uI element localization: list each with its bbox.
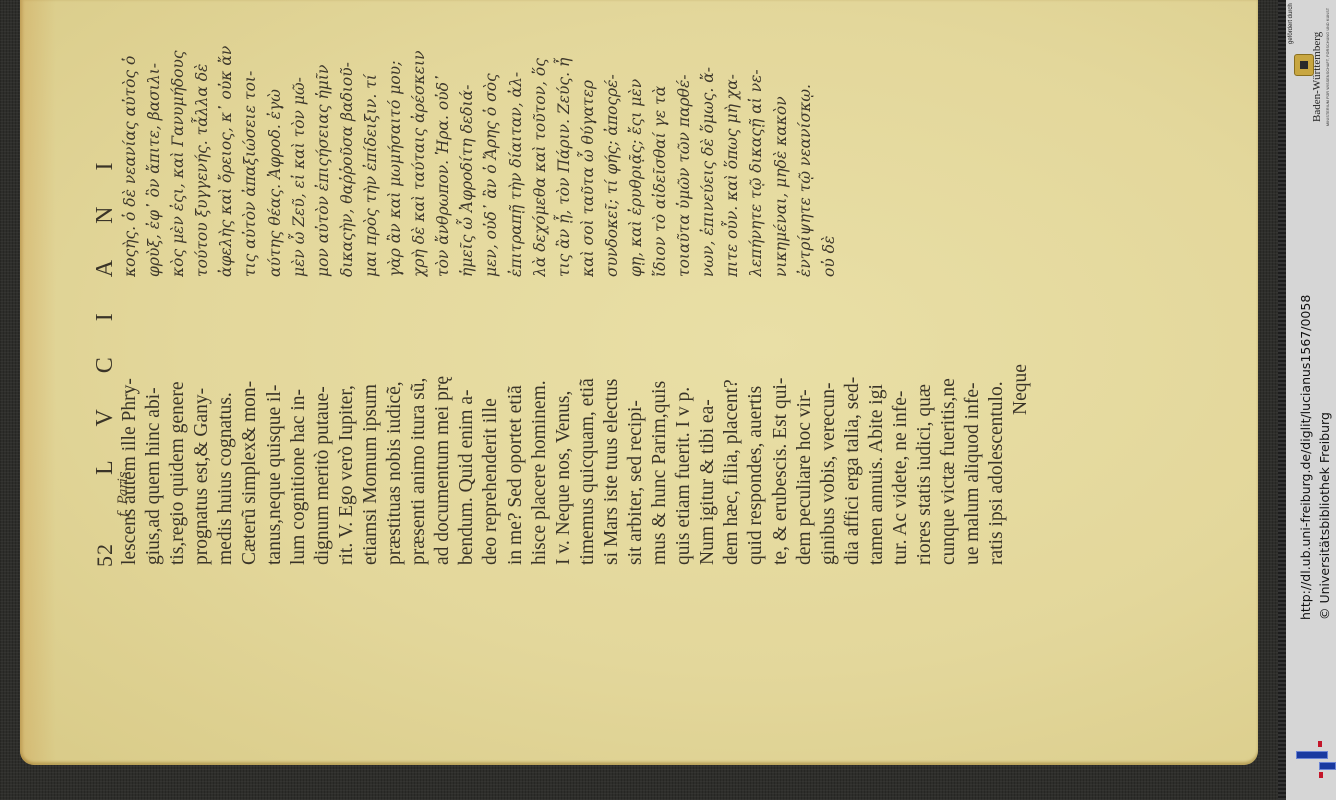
greek-text-column: κοςὴς. ὁ δὲ νεανίας αὐτὸς ὁφρὺξ, ἐφ᾽ ὃν …	[118, 12, 841, 277]
book-page: 52 LVCIANI f. Paris lescens autem ille P…	[20, 0, 1258, 765]
text-line: γὰρ ἂν καὶ μωμήσαιτό μου;	[383, 12, 407, 277]
text-line: τούτου ξυγγενής. τἆλλα δὲ	[190, 12, 214, 277]
text-line: tur. Ac videte, ne infe-	[889, 280, 913, 565]
funder-name: Baden-Württemberg	[1311, 32, 1323, 122]
text-line: lum cognitione hac in-	[287, 280, 311, 565]
text-line: ue malum aliquod infe-	[961, 280, 985, 565]
text-line: dem hæc, filia, placent?	[720, 280, 744, 565]
text-line: timemus quicquam, etiã	[576, 280, 600, 565]
text-line: μον αὐτὸν ἐπιςήσειας ἡμῖν	[311, 12, 335, 277]
text-line: hisce placere hominem.	[528, 280, 552, 565]
text-line: rit. V. Ego verò Iupiter,	[335, 280, 359, 565]
text-line: μεν, οὐδ᾽ ἂν ὁ Ἄρης ὁ σὸς	[479, 12, 503, 277]
text-line: bendum. Quid enim a-	[455, 280, 479, 565]
text-line: mus & hunc Parim,quis	[648, 280, 672, 565]
copyright-notice: © Universitätsbibliothek Freiburg	[1317, 412, 1332, 620]
text-line: præstituas nobis iudicẽ,	[383, 280, 407, 565]
edge-strip	[1278, 0, 1286, 800]
text-line: κοςὴς. ὁ δὲ νεανίας αὐτὸς ὁ	[118, 12, 142, 277]
text-line: riores statis iudici, quæ	[913, 280, 937, 565]
text-line: κὸς μὲν ἐςι, καὶ Γανυμήδους	[166, 12, 190, 277]
permalink-url[interactable]: http://dl.ub.uni-freiburg.de/diglit/luci…	[1298, 295, 1313, 620]
text-line: αύτης θέας. Ἀφροδ. ἐγὼ	[263, 12, 287, 277]
text-line: συνδοκεῖ; τί φής; ἀποςρέ-	[600, 12, 624, 277]
text-line: νικημέναι, μηδὲ κακὸν	[769, 12, 793, 277]
text-line: I v. Neque nos, Venus,	[552, 280, 576, 565]
text-line: cunque victæ fueritis,ne	[937, 280, 961, 565]
text-line: μαι πρὸς τὴν ἐπίδειξιν. τί	[359, 12, 383, 277]
text-line: prognatus est,& Gany-	[190, 280, 214, 565]
text-line: λεπήνητε τῷ δικαςῇ αἱ νε-	[744, 12, 768, 277]
credits: http://dl.ub.uni-freiburg.de/diglit/luci…	[1286, 290, 1336, 620]
text-line: sit arbiter, sed recipi-	[624, 280, 648, 565]
text-line: ἀφελὴς καὶ ὄρειος, κ᾽ οὐκ ἄν	[214, 12, 238, 277]
text-line: ἐντρίψητε τῷ νεανίσκῳ.	[793, 12, 817, 277]
text-line: καὶ σοὶ ταῦτα ὦ θύγατερ	[576, 12, 600, 277]
running-title: LVCIANI	[92, 127, 119, 475]
text-line: tis,regio quidem genere	[166, 280, 190, 565]
text-line: τις αὐτὸν ἀπαξιώσειε τοι-	[238, 12, 262, 277]
text-line: δικαςὴν, θαῤῥοῦσα βαδιοῦ-	[335, 12, 359, 277]
text-line: ἴδιον τὸ αἰδεῖσθαί γε τὰ	[648, 12, 672, 277]
text-line: præsenti animo itura sũ,	[407, 280, 431, 565]
funder-label: gefördert durch	[1288, 3, 1294, 44]
text-line: τὸν ἄνθρωπον. Ἡρα. οὐδ᾽	[431, 12, 455, 277]
text-line: etiamsi Momum ipsum	[359, 280, 383, 565]
text-line: οὐ δὲ	[817, 12, 841, 277]
text-line: dem peculiare hoc vir-	[793, 280, 817, 565]
text-line: te, & erubescis. Est qui-	[769, 280, 793, 565]
rotated-page-content: 52 LVCIANI f. Paris lescens autem ille P…	[20, 0, 1258, 765]
text-line: ad documentum mei prę	[431, 280, 455, 565]
text-line: νων, ἐπινεύεις δὲ ὅμως. ἄ-	[696, 12, 720, 277]
text-line: ἡμεῖς ὦ Ἀφροδίτη δεδιά-	[455, 12, 479, 277]
text-line: ἐπιτραπῇ τὴν δίαιταν, ἀλ-	[504, 12, 528, 277]
page-number: 52	[92, 543, 118, 567]
funder-badge: gefördert durch Baden-Württemberg MINIST…	[1286, 0, 1336, 130]
text-line: ginibus vobis, verecun-	[817, 280, 841, 565]
ub-freiburg-logo-icon	[1286, 740, 1336, 790]
text-line: dignum meritò putaue-	[311, 280, 335, 565]
text-line: tanus,neque quisque il-	[263, 280, 287, 565]
text-line: τις ἂν ᾖ, τὸν Πάριν. Ζεύς. ἦ	[552, 12, 576, 277]
text-line: ratis ipsi adolescentulo.	[985, 280, 1009, 565]
text-line: quis etiam fuerit. I v p.	[672, 280, 696, 565]
text-line: gius,ad quem hinc abi-	[142, 280, 166, 565]
text-line: φῃ, καὶ ἐρυθριᾷς; ἔςι μὲν	[624, 12, 648, 277]
funder-ministry: MINISTERIUM FÜR WISSENSCHAFT, FORSCHUNG …	[1326, 8, 1330, 126]
viewer-info-bar: gefördert durch Baden-Württemberg MINIST…	[1278, 0, 1336, 800]
text-line: φρὺξ, ἐφ᾽ ὃν ἄπιτε, βασιλι-	[142, 12, 166, 277]
text-line: Num igitur & tibi ea-	[696, 280, 720, 565]
text-line: tamen annuis. Abite igi	[865, 280, 889, 565]
text-line: lescens autem ille Phry-	[118, 280, 142, 565]
text-line: dia affici erga talia, sed-	[841, 280, 865, 565]
text-line: χρὴ δὲ καὶ ταύταις ἀρέσκειν	[407, 12, 431, 277]
latin-text-column: lescens autem ille Phry-gius,ad quem hin…	[118, 280, 1034, 565]
page-header: 52 LVCIANI	[92, 0, 118, 765]
text-line: deo reprehenderit ille	[479, 280, 503, 565]
text-line: πιτε οὖν. καὶ ὅπως μὴ χα-	[720, 12, 744, 277]
text-line: si Mars iste tuus electus	[600, 280, 624, 565]
text-line: quid respondes, auertis	[744, 280, 768, 565]
text-line: λὰ δεχόμεθα καὶ τοῦτον, ὅς	[528, 12, 552, 277]
text-line: τοιαῦτα ὑμῶν τῶν παρθέ-	[672, 12, 696, 277]
text-line: medis huius cognatus.	[214, 280, 238, 565]
catchword: Neque	[1009, 280, 1033, 565]
text-line: Cæterũ simplex& mon-	[238, 280, 262, 565]
text-line: μὲν ὦ Ζεῦ, εἰ καὶ τὸν μῶ-	[287, 12, 311, 277]
text-line: in me? Sed oportet etiã	[504, 280, 528, 565]
